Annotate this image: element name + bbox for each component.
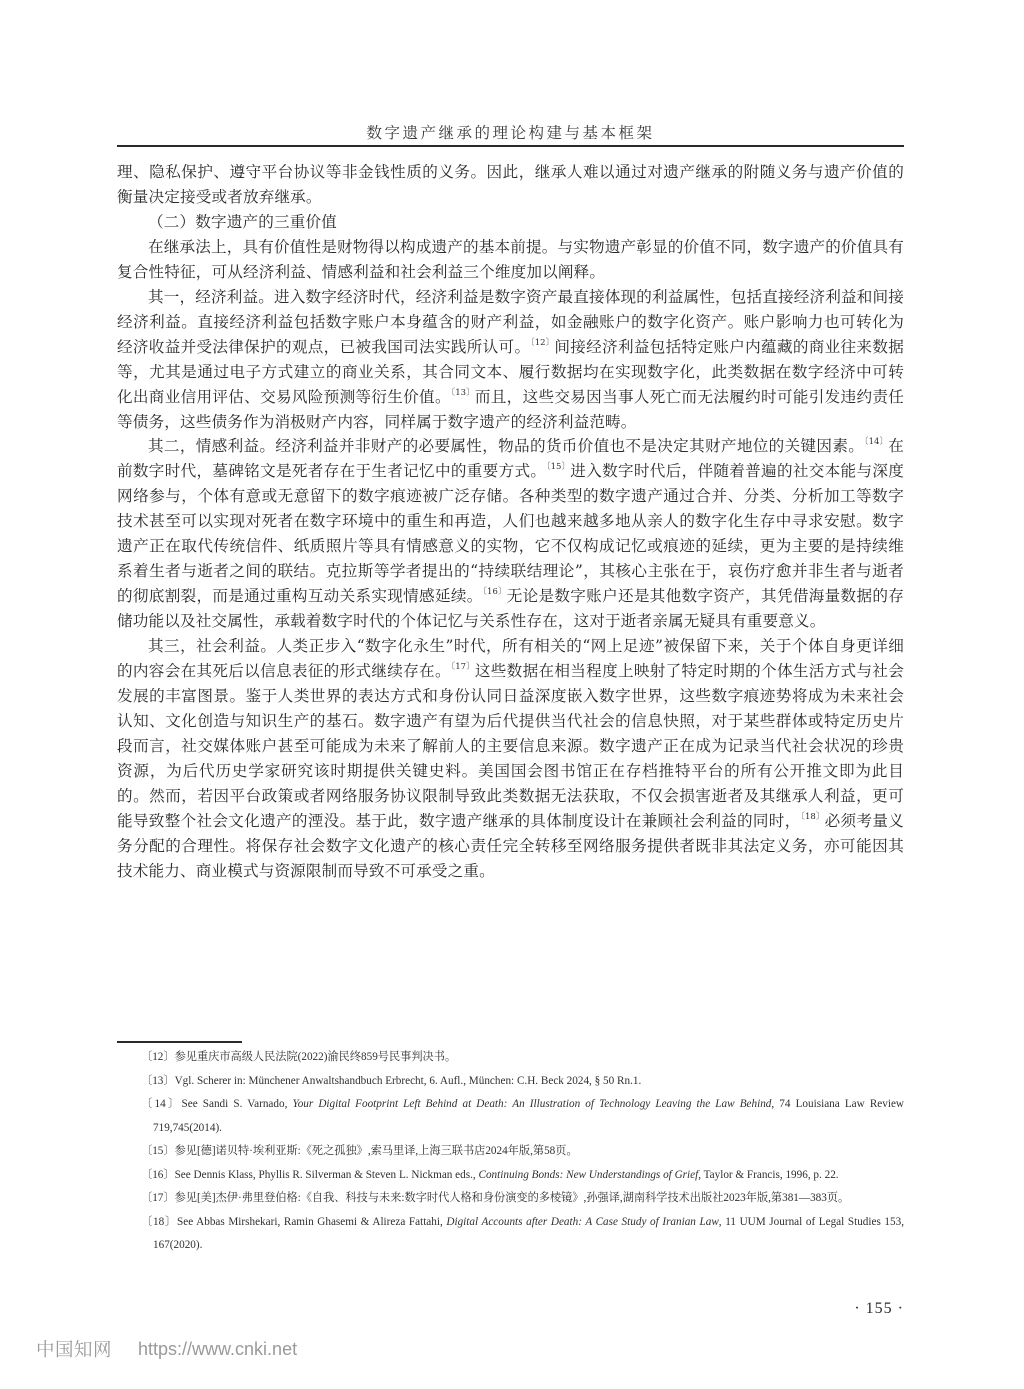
page-number: · 155 ·	[854, 1300, 904, 1318]
header-rule	[117, 145, 904, 147]
footnote-reference[interactable]: 〔14〕	[864, 437, 888, 447]
running-head: 数字遗产继承的理论构建与基本框架	[117, 121, 904, 143]
footnote-text: 参见[德]诺贝特·埃利亚斯:《死之孤独》,索马里译,上海三联书店2024年版,第…	[175, 1145, 578, 1157]
footnote-number: 〔14〕	[141, 1098, 182, 1110]
footnote-number: 〔13〕	[141, 1075, 175, 1087]
footnote-text: 参见重庆市高级人民法院(2022)渝民终859号民事判决书。	[175, 1051, 457, 1063]
footnote-number: 〔17〕	[141, 1192, 175, 1204]
footnote-text: See Sandi S. Varnado,	[182, 1098, 293, 1110]
paragraph-text: 其二，情感利益。经济利益并非财产的必要属性，物品的货币价值也不是决定其财产地位的…	[148, 437, 864, 455]
footnote-separator	[117, 1041, 242, 1043]
footnote-reference[interactable]: 〔13〕	[451, 388, 475, 398]
body-paragraph: 理、隐私保护、遵守平台协议等非金钱性质的义务。因此，继承人难以通过对遗产继承的附…	[117, 160, 904, 210]
footnote: 〔14〕See Sandi S. Varnado, Your Digital F…	[117, 1093, 904, 1140]
cnki-watermark: 中国知网 https://www.cnki.net	[36, 1336, 297, 1362]
cited-work-title: Your Digital Footprint Left Behind at De…	[293, 1098, 772, 1110]
footnote: 〔15〕参见[德]诺贝特·埃利亚斯:《死之孤独》,索马里译,上海三联书店2024…	[117, 1140, 904, 1164]
footnote: 〔16〕See Dennis Klass, Phyllis R. Silverm…	[117, 1164, 904, 1188]
paragraph-text: （二）数字遗产的三重价值	[148, 213, 337, 231]
body-paragraph: 在继承法上，具有价值性是财物得以构成遗产的基本前提。与实物遗产彰显的价值不同，数…	[117, 235, 904, 285]
footnote-text: , Taylor & Francis, 1996, p. 22.	[698, 1169, 838, 1181]
footnote-reference[interactable]: 〔16〕	[483, 587, 507, 597]
paragraph-text: 在继承法上，具有价值性是财物得以构成遗产的基本前提。与实物遗产彰显的价值不同，数…	[117, 238, 904, 281]
body-paragraph: 其三，社会利益。人类正步入“数字化永生”时代，所有相关的“网上足迹”被保留下来，…	[117, 634, 904, 884]
footnote-reference[interactable]: 〔15〕	[546, 462, 570, 472]
footnote-text: 参见[美]杰伊·弗里登伯格:《自我、科技与未来:数字时代人格和身份演变的多棱镜》…	[175, 1192, 850, 1204]
footnote-reference[interactable]: 〔17〕	[451, 662, 475, 672]
footnote-number: 〔16〕	[141, 1169, 175, 1181]
body-text: 理、隐私保护、遵守平台协议等非金钱性质的义务。因此，继承人难以通过对遗产继承的附…	[117, 160, 904, 884]
footnote-number: 〔15〕	[141, 1145, 175, 1157]
paragraph-text: 这些数据在相当程度上映射了特定时期的个体生活方式与社会发展的丰富图景。鉴于人类世…	[117, 662, 904, 830]
footnote: 〔12〕参见重庆市高级人民法院(2022)渝民终859号民事判决书。	[117, 1046, 904, 1070]
footnote-text: See Abbas Mirshekari, Ramin Ghasemi & Al…	[177, 1216, 446, 1228]
body-paragraph: 其二，情感利益。经济利益并非财产的必要属性，物品的货币价值也不是决定其财产地位的…	[117, 434, 904, 634]
footnote-text: See Dennis Klass, Phyllis R. Silverman &…	[175, 1169, 479, 1181]
footnote: 〔13〕Vgl. Scherer in: Münchener Anwaltsha…	[117, 1070, 904, 1094]
footnote-number: 〔18〕	[141, 1216, 177, 1228]
paragraph-text: 进入数字时代后，伴随着普遍的社交本能与深度网络参与，个体有意或无意留下的数字痕迹…	[117, 462, 904, 605]
cited-work-title: Digital Accounts after Death: A Case Stu…	[446, 1216, 718, 1228]
footnote: 〔18〕See Abbas Mirshekari, Ramin Ghasemi …	[117, 1211, 904, 1258]
paragraph-text: 理、隐私保护、遵守平台协议等非金钱性质的义务。因此，继承人难以通过对遗产继承的附…	[117, 163, 904, 206]
watermark-brand: 中国知网	[36, 1336, 112, 1362]
cited-work-title: Continuing Bonds: New Understandings of …	[478, 1169, 698, 1181]
footnote-number: 〔12〕	[141, 1051, 175, 1063]
body-paragraph: 其一，经济利益。进入数字经济时代，经济利益是数字资产最直接体现的利益属性，包括直…	[117, 285, 904, 435]
footnotes: 〔12〕参见重庆市高级人民法院(2022)渝民终859号民事判决书。〔13〕Vg…	[117, 1046, 904, 1258]
section-heading: （二）数字遗产的三重价值	[117, 210, 904, 235]
footnote-text: Vgl. Scherer in: Münchener Anwaltshandbu…	[175, 1075, 642, 1087]
footnote: 〔17〕参见[美]杰伊·弗里登伯格:《自我、科技与未来:数字时代人格和身份演变的…	[117, 1187, 904, 1211]
footnote-reference[interactable]: 〔12〕	[530, 338, 554, 348]
watermark-url: https://www.cnki.net	[138, 1339, 297, 1360]
footnote-reference[interactable]: 〔18〕	[801, 812, 825, 822]
